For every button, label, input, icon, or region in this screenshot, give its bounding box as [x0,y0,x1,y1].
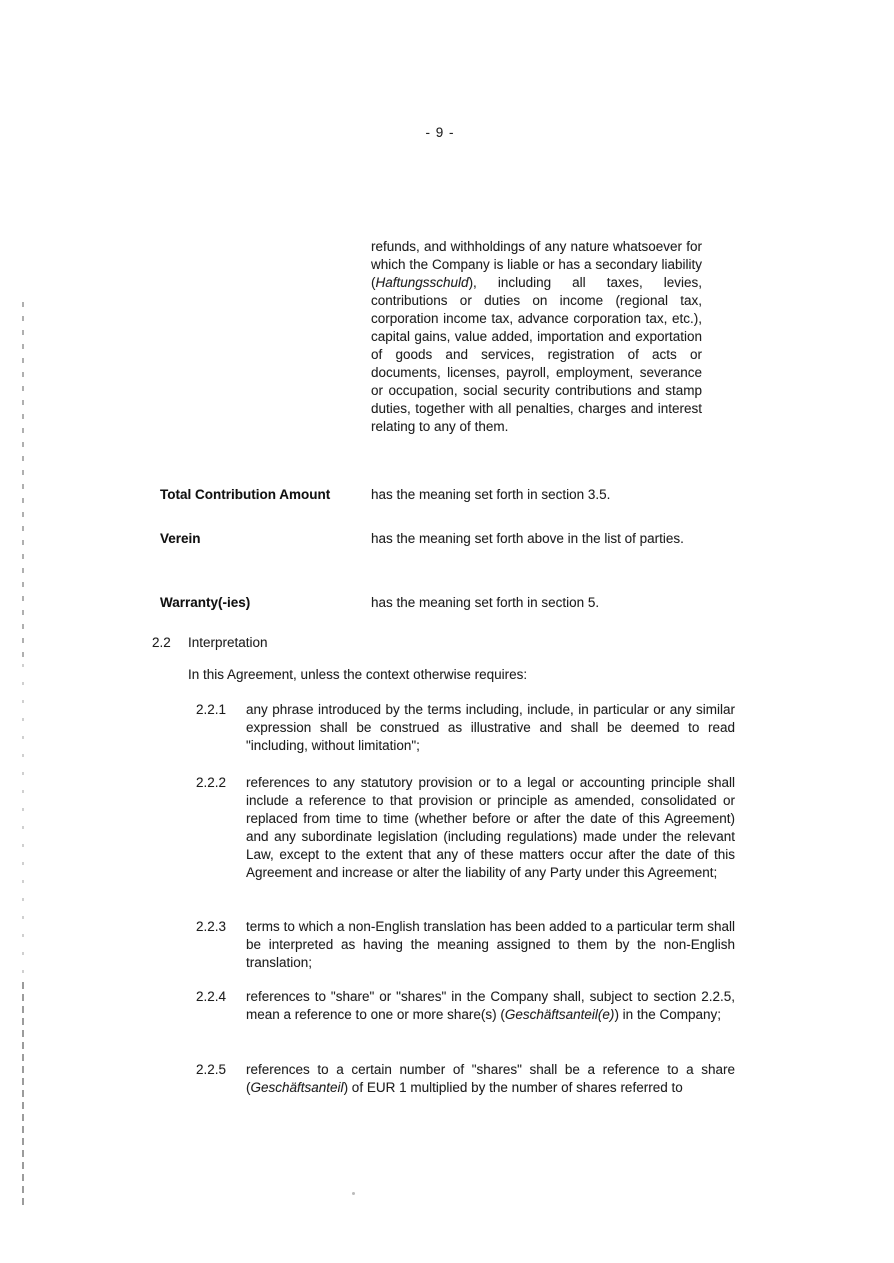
clause-number: 2.2.4 [196,988,226,1006]
definition-term: Verein [160,530,201,548]
definition-text: has the meaning set forth in section 5. [371,594,704,612]
definition-term: Warranty(-ies) [160,594,250,612]
page-number: - 9 - [0,124,880,142]
section-number: 2.2 [152,634,171,652]
document-page: - 9 - refunds, and withholdings of any n… [0,0,894,1263]
clause-text: references to a certain number of "share… [246,1061,735,1097]
definition-continuation-paragraph: refunds, and withholdings of any nature … [371,238,702,436]
definition-text: has the meaning set forth above in the l… [371,530,704,548]
definition-text: has the meaning set forth in section 3.5… [371,486,704,504]
clause-text: references to "share" or "shares" in the… [246,988,735,1024]
clause-number: 2.2.1 [196,701,226,719]
clause-text: terms to which a non-English translation… [246,918,735,972]
scan-artifact-left-margin [22,982,24,1210]
clause-text: any phrase introduced by the terms inclu… [246,701,735,755]
scan-speck [352,1192,355,1195]
clause-number: 2.2.2 [196,774,226,792]
clause-number: 2.2.3 [196,918,226,936]
section-title: Interpretation [188,634,268,652]
clause-number: 2.2.5 [196,1061,226,1079]
scan-artifact-left-margin [22,302,24,664]
section-intro: In this Agreement, unless the context ot… [188,666,527,684]
clause-text: references to any statutory provision or… [246,774,735,882]
definition-term: Total Contribution Amount [160,486,330,504]
scan-artifact-left-margin [22,664,24,982]
